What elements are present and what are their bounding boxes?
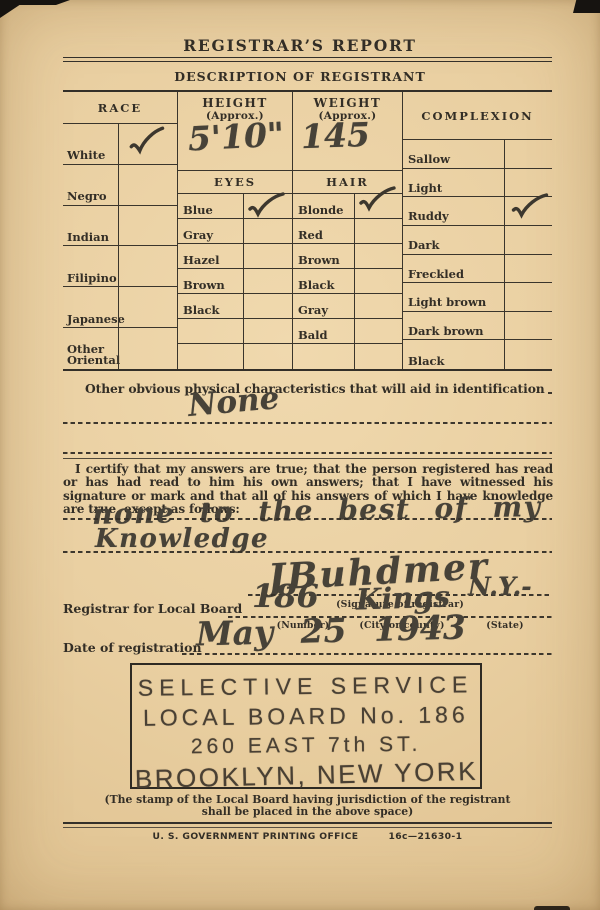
hair-check-cell (354, 194, 402, 219)
dashed-fill-line (548, 392, 552, 394)
eyes-option-gray: Gray (178, 219, 292, 244)
section-subtitle: DESCRIPTION OF REGISTRANT (0, 69, 600, 84)
race-check-cell (118, 165, 177, 206)
physical-characteristics-label: Other obvious physical characteristics t… (63, 381, 545, 396)
race-option-indian: Indian (63, 206, 177, 247)
hair-check-cell (354, 269, 402, 294)
complexion-check-cell (504, 226, 552, 255)
registration-date-line (182, 653, 552, 655)
weight-value-handwritten: 145 (300, 115, 370, 156)
footer-rule (63, 822, 552, 828)
height-eyes-column: HEIGHT (Approx.) 5'10" EYES Blue Gray (177, 92, 292, 369)
race-check-cell (118, 328, 177, 369)
description-table: RACE White Negro Indian Filipino (63, 90, 552, 371)
complexion-check-cell (504, 340, 552, 369)
complexion-header: COMPLEXION (403, 92, 552, 140)
hair-option-red: Red (293, 219, 402, 244)
race-check-cell (118, 287, 177, 328)
eyes-check-cell (243, 244, 292, 269)
complexion-option-dark-brown: Dark brown (403, 312, 552, 341)
complexion-option-ruddy: Ruddy (403, 197, 552, 226)
scan-edge-top (0, 0, 70, 5)
local-board-stamp: SELECTIVE SERVICE LOCAL BOARD No. 186 26… (102, 669, 509, 793)
checkmark-icon (508, 193, 551, 223)
eyes-empty-row (178, 344, 292, 369)
race-check-cell (118, 124, 177, 165)
race-check-cell (118, 246, 177, 287)
checkmark-icon (123, 126, 172, 161)
race-check-cell (118, 206, 177, 247)
race-column: RACE White Negro Indian Filipino (63, 92, 177, 369)
form-number-text: 16c—21630-1 (388, 831, 462, 842)
hair-option-blonde: Blonde (293, 194, 402, 219)
hair-check-cell (354, 319, 402, 344)
complexion-check-cell (504, 255, 552, 284)
complexion-column: COMPLEXION Sallow Light Ruddy Dar (402, 92, 552, 369)
eyes-option-black: Black (178, 294, 292, 319)
board-state-handwritten: N.Y.- (468, 572, 532, 601)
checkmark-icon (246, 192, 286, 222)
board-number-handwritten: 186 (252, 577, 319, 615)
printing-office-text: U. S. GOVERNMENT PRINTING OFFICE (153, 831, 359, 842)
hair-option-black: Black (293, 269, 402, 294)
dashed-answer-line (63, 452, 552, 454)
eyes-option-blue: Blue (178, 194, 292, 219)
checkmark-icon (357, 186, 397, 216)
complexion-option-freckled: Freckled (403, 255, 552, 284)
exception-handwritten-line-2: Knowledge (95, 524, 269, 554)
section-divider-line (63, 458, 552, 459)
complexion-options: Sallow Light Ruddy Dark (403, 140, 552, 369)
footer: U. S. GOVERNMENT PRINTING OFFICE 16c—216… (63, 831, 552, 842)
stamp-line-1: SELECTIVE SERVICE (102, 669, 508, 703)
race-option-other-oriental: Other Oriental (63, 328, 177, 369)
physical-characteristics-value-handwritten: None (187, 380, 281, 424)
hair-check-cell (354, 219, 402, 244)
hair-option-bald: Bald (293, 319, 402, 344)
race-header: RACE (63, 92, 177, 124)
weight-hair-column: WEIGHT (Approx.) 145 HAIR Blonde Red (292, 92, 402, 369)
eyes-check-cell (243, 269, 292, 294)
stamp-caption-line-2: shall be placed in the above space) (63, 806, 552, 818)
height-value-handwritten: 5'10" (187, 115, 285, 159)
complexion-option-sallow: Sallow (403, 140, 552, 169)
race-options: White Negro Indian Filipino (63, 124, 177, 369)
scan-speck-bottom (534, 906, 570, 910)
eyes-options: Blue Gray Hazel Brown (178, 194, 292, 369)
complexion-check-cell (504, 312, 552, 341)
registration-date-handwritten: May 25 1943 (196, 607, 467, 653)
registration-date-label: Date of registration (63, 640, 202, 655)
stamp-caption: (The stamp of the Local Board having jur… (63, 794, 552, 818)
complexion-option-dark: Dark (403, 226, 552, 255)
hair-empty-row (293, 344, 402, 369)
dashed-answer-line (63, 422, 552, 424)
hair-check-cell (354, 244, 402, 269)
complexion-option-black: Black (403, 340, 552, 369)
physical-characteristics-line: Other obvious physical characteristics t… (63, 381, 552, 396)
hair-options: Blonde Red Brown Black (293, 194, 402, 369)
complexion-check-cell (504, 283, 552, 312)
hair-option-brown: Brown (293, 244, 402, 269)
eyes-check-cell (243, 194, 292, 219)
eyes-option-hazel: Hazel (178, 244, 292, 269)
height-value-cell: 5'10" (178, 132, 292, 171)
scan-corner-top-right (573, 0, 600, 13)
complexion-option-light-brown: Light brown (403, 283, 552, 312)
dashed-answer-line (63, 518, 552, 520)
stamp-line-2: LOCAL BOARD No. 186 (103, 699, 509, 733)
complexion-check-cell (504, 197, 552, 226)
complexion-check-cell (504, 140, 552, 169)
eyes-option-brown: Brown (178, 269, 292, 294)
eyes-check-cell (243, 219, 292, 244)
eyes-empty-row (178, 319, 292, 344)
eyes-check-cell (243, 294, 292, 319)
race-option-negro: Negro (63, 165, 177, 206)
eyes-header: EYES (178, 171, 292, 194)
state-caption: (State) (468, 620, 542, 631)
race-option-japanese: Japanese (63, 287, 177, 328)
race-option-filipino: Filipino (63, 246, 177, 287)
title-rule (63, 57, 552, 62)
hair-check-cell (354, 294, 402, 319)
page-title: REGISTRAR’S REPORT (0, 36, 600, 55)
weight-value-cell: 145 (293, 132, 402, 171)
registrar-report-card: REGISTRAR’S REPORT DESCRIPTION OF REGIST… (0, 0, 600, 910)
hair-option-gray: Gray (293, 294, 402, 319)
race-option-white: White (63, 124, 177, 165)
